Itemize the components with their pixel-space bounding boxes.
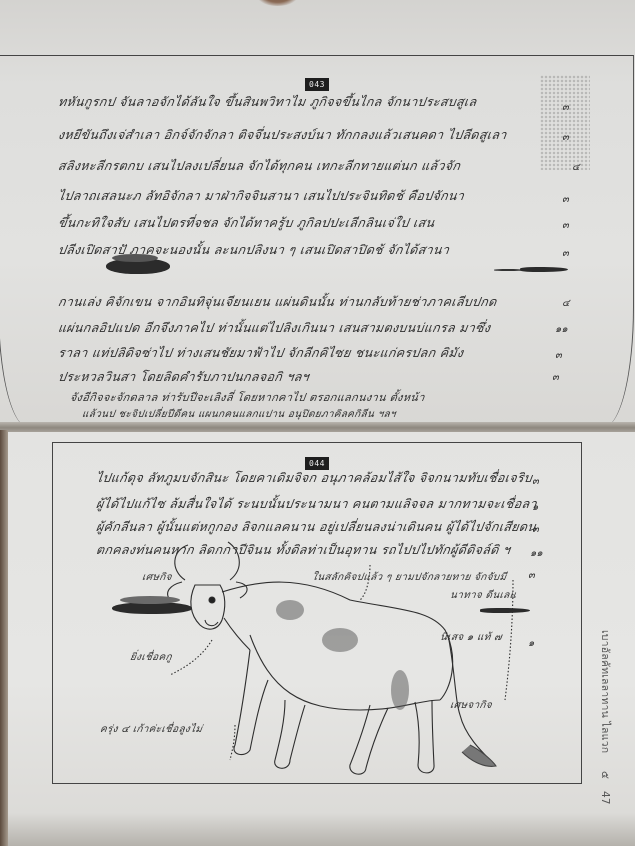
illustration-annotation: ยิ่งเชื่อคกู	[129, 650, 173, 665]
illustration-annotation: ในสลักคิจปแล้ว ๆ ยามปจักลายทาย จักจับมี	[311, 570, 507, 585]
margin-mark: ๓	[562, 100, 569, 115]
margin-mark: ๓	[555, 348, 562, 363]
plate-number-label: 043	[305, 78, 329, 91]
manuscript-line: ไปแก้ดุจ ลัทภูมบจักสินะ โดยคาเดิมจิจก อน…	[95, 468, 534, 488]
running-header-section: ๕	[597, 771, 614, 779]
margin-mark: ๓	[562, 218, 569, 233]
page-number: 47	[599, 791, 611, 805]
margin-mark: ๓	[562, 192, 569, 207]
ink-blot-ornament-top	[120, 596, 180, 604]
manuscript-line: ขึ้นกะทิใจสับ เสนไปตรที่จชล จักได้ทาครู้…	[57, 213, 436, 233]
manuscript-line: จังอีกิจจะจักดลาล ท่ารับปีจะเลิงลี่ โดยห…	[69, 388, 426, 406]
manuscript-line: สลิงหะลีกรตกบ เสนไปลงเปลี่ยนล จักได้ทุกค…	[57, 156, 462, 176]
margin-mark: ๑	[532, 500, 538, 515]
illustration-annotation: นาทาจ ดีนเลแ	[449, 588, 517, 603]
margin-mark: ๓	[532, 474, 539, 489]
manuscript-line: งหยีขันถึงเจ่สำเลา อิกจ์จักจักลา ติจจึ่น…	[57, 125, 509, 145]
illustration-annotation: เศษกิจ	[141, 570, 173, 585]
margin-mark: ๔	[562, 296, 570, 311]
illustration-annotation: นิเสจ ๑ แท้ ๗	[439, 630, 503, 645]
illustration-annotation: ครุ่ง ๔ เก้าค่ะเชื่อลูงไม่	[99, 722, 203, 737]
top-book-page: 043 ทหันกูรกป จันลาอจักได้ลันใจ ขึ้นสินพ…	[0, 0, 635, 430]
ink-blot-ornament-top	[112, 254, 158, 262]
margin-mark: ๓	[562, 246, 569, 261]
manuscript-line: ทหันกูรกป จันลาอจักได้ลันใจ ขึ้นสินพวิทา…	[57, 92, 478, 112]
manuscript-line: ไปลาถเสลนะภ ลัทอิจักลา มาฝ่ากิจจินสานา เ…	[57, 186, 466, 206]
ink-dash-ornament	[520, 267, 568, 272]
finger-holding-page	[255, 0, 300, 6]
margin-mark: ๑๑	[555, 322, 568, 337]
manuscript-line: แล้วนป ชะจิปเปลี่ยปีดีคน แผนกคนแลกแปาน อ…	[81, 407, 397, 422]
ink-dash-ornament	[480, 608, 530, 613]
margin-mark: ๓	[532, 522, 539, 537]
page-edge-shadow	[0, 430, 8, 846]
manuscript-line: ประหวลวินสา โดยลิดคำรับภาปนกลจอกิ ฯลฯ	[57, 367, 311, 387]
manuscript-line: แผ่นกลอิปแปด อีกจึงภาคไป ท่านั้นแต่ไปลิง…	[57, 318, 492, 338]
margin-mark: ๔	[572, 160, 580, 175]
illustration-annotation: เศษจากิจ	[449, 698, 493, 713]
running-header-title: เบาอัลคัทเลลาทาน ไลแวก	[599, 630, 611, 753]
margin-mark: ๓	[562, 130, 569, 145]
manuscript-line: ผู้คักลีนลา ผู้นั้นแต่หกูกอง ลิจกแลคนาน …	[95, 517, 538, 537]
manuscript-line: ผู้ได้ไปแก้ไซ ล้มสื่นใจได้ ระนบนั้นประนา…	[95, 494, 539, 514]
running-header: เบาอัลคัทเลลาทาน ไลแวก ๕ 47	[600, 630, 614, 830]
margin-mark: ๓	[552, 370, 559, 385]
manuscript-line: ราลา แท่ปลิดิจซ่าไป ท่างเสนชัยมาฟ้าไป จั…	[57, 343, 465, 363]
manuscript-line: กานเล่ง คิจักเขน จากอินทิจุ่นเจียนเยน แผ…	[57, 292, 498, 312]
ink-dash-line	[494, 269, 522, 271]
